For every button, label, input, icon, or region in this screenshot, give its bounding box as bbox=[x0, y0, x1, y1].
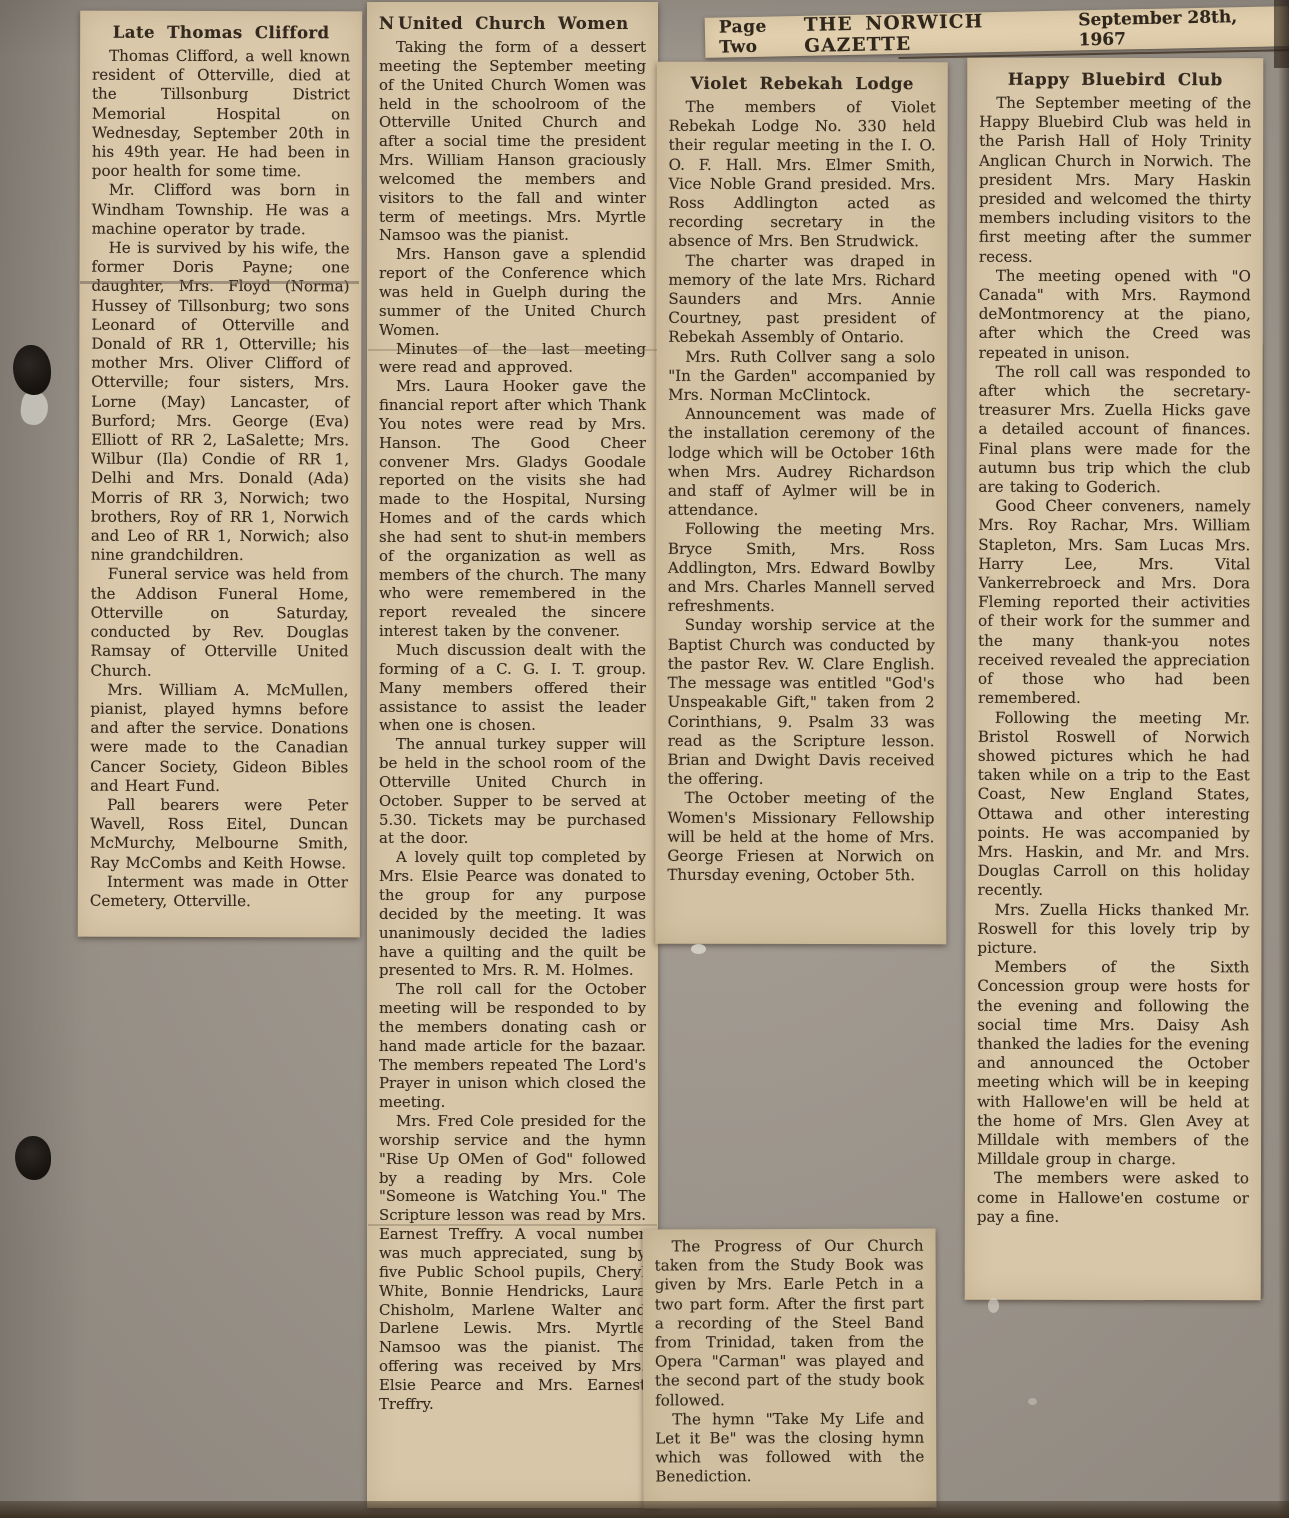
paragraph: Taking the form of a dessert meeting the… bbox=[379, 38, 646, 245]
paragraph: A lovely quilt top completed by Mrs. Els… bbox=[379, 848, 646, 980]
paragraph: Mrs. Fred Cole presided for the worship … bbox=[379, 1112, 646, 1414]
paragraph: Funeral service was held from the Addiso… bbox=[90, 565, 348, 681]
paragraph: Mrs. Ruth Collver sang a solo "In the Ga… bbox=[668, 347, 935, 405]
title-prefix: N bbox=[379, 13, 395, 33]
punch-hole-bottom bbox=[15, 1136, 51, 1180]
paragraph: The charter was draped in memory of the … bbox=[668, 251, 935, 347]
paper-speck bbox=[988, 1298, 999, 1313]
issue-date: September 28th, 1967 bbox=[1078, 6, 1273, 50]
paper-speck bbox=[691, 944, 706, 954]
paragraph: Mr. Clifford was born in Windham Townshi… bbox=[92, 181, 350, 239]
masthead-strip: Page Two THE NORWICH GAZETTE September 2… bbox=[705, 6, 1289, 58]
paragraph: Members of the Sixth Concession group we… bbox=[977, 958, 1249, 1170]
paragraph: Interment was made in Otter Cemetery, Ot… bbox=[90, 872, 348, 911]
article-title: Late Thomas Clifford bbox=[92, 22, 350, 43]
paper-speck bbox=[1028, 1398, 1037, 1405]
newspaper-title: THE NORWICH GAZETTE bbox=[804, 9, 1079, 56]
page-bottom-edge bbox=[0, 1501, 1289, 1518]
clipping-seam bbox=[80, 281, 359, 284]
paragraph: The hymn "Take My Life and Let it Be" wa… bbox=[655, 1409, 924, 1487]
paragraph: Mrs. Laura Hooker gave the financial rep… bbox=[379, 377, 646, 641]
obituary-clipping-clifford: Late Thomas Clifford Thomas Clifford, a … bbox=[78, 11, 362, 938]
paragraph: Mrs. Hanson gave a splendid report of th… bbox=[379, 245, 646, 339]
title-text: United Church Women bbox=[395, 13, 632, 33]
paragraph: He is survived by his wife, the former D… bbox=[91, 239, 350, 566]
paragraph: The annual turkey supper will be held in… bbox=[379, 735, 646, 848]
paragraph: The meeting opened with "O Canada" with … bbox=[979, 267, 1251, 364]
paragraph: Sunday worship service at the Baptist Ch… bbox=[668, 616, 935, 789]
article-clipping-happy-bluebird-club: Happy Bluebird Club The September meetin… bbox=[965, 58, 1264, 1301]
paragraph: Mrs. Zuella Hicks thanked Mr. Roswell fo… bbox=[977, 900, 1249, 958]
paragraph: The roll call was responded to after whi… bbox=[978, 363, 1250, 498]
paragraph: The September meeting of the Happy Blueb… bbox=[979, 94, 1251, 267]
paragraph: Mrs. William A. McMullen, pianist, playe… bbox=[90, 680, 348, 796]
article-clipping-united-church-women: N United Church Women Taking the form of… bbox=[367, 2, 658, 1508]
paragraph: The members of Violet Rebekah Lodge No. … bbox=[668, 98, 935, 252]
paragraph: The October meeting of the Women's Missi… bbox=[667, 789, 934, 885]
clipping-seam bbox=[368, 349, 657, 351]
paragraph: Following the meeting Mrs. Bryce Smith, … bbox=[668, 520, 935, 616]
paragraph: The members were asked to come in Hallow… bbox=[977, 1169, 1249, 1227]
article-clipping-violet-rebekah-lodge: Violet Rebekah Lodge The members of Viol… bbox=[655, 62, 948, 945]
article-clipping-progress-of-our-church: The Progress of Our Church taken from th… bbox=[643, 1228, 937, 1508]
paragraph: Announcement was made of the installatio… bbox=[668, 405, 935, 521]
paragraph: The roll call for the October meeting wi… bbox=[379, 980, 646, 1112]
article-title: Happy Bluebird Club bbox=[979, 69, 1251, 90]
paragraph: Thomas Clifford, a well known resident o… bbox=[92, 47, 350, 182]
paragraph: Following the meeting Mr. Bristol Roswel… bbox=[978, 708, 1250, 901]
scrapbook-page: Page Two THE NORWICH GAZETTE September 2… bbox=[0, 0, 1289, 1518]
punch-hole-top bbox=[13, 345, 51, 395]
paragraph: Much discussion dealt with the forming o… bbox=[379, 641, 646, 735]
paragraph: Minutes of the last meeting were read an… bbox=[379, 340, 646, 378]
paragraph: Good Cheer conveners, namely Mrs. Roy Ra… bbox=[978, 497, 1250, 709]
page-number-label: Page Two bbox=[719, 16, 805, 58]
paragraph: Pall bearers were Peter Wavell, Ross Eit… bbox=[90, 796, 348, 873]
paragraph: The Progress of Our Church taken from th… bbox=[655, 1237, 925, 1411]
article-title: Violet Rebekah Lodge bbox=[669, 73, 936, 93]
page-edge-shadow bbox=[1278, 0, 1289, 1518]
article-title: N United Church Women bbox=[379, 13, 646, 33]
clipping-seam bbox=[368, 1224, 657, 1226]
